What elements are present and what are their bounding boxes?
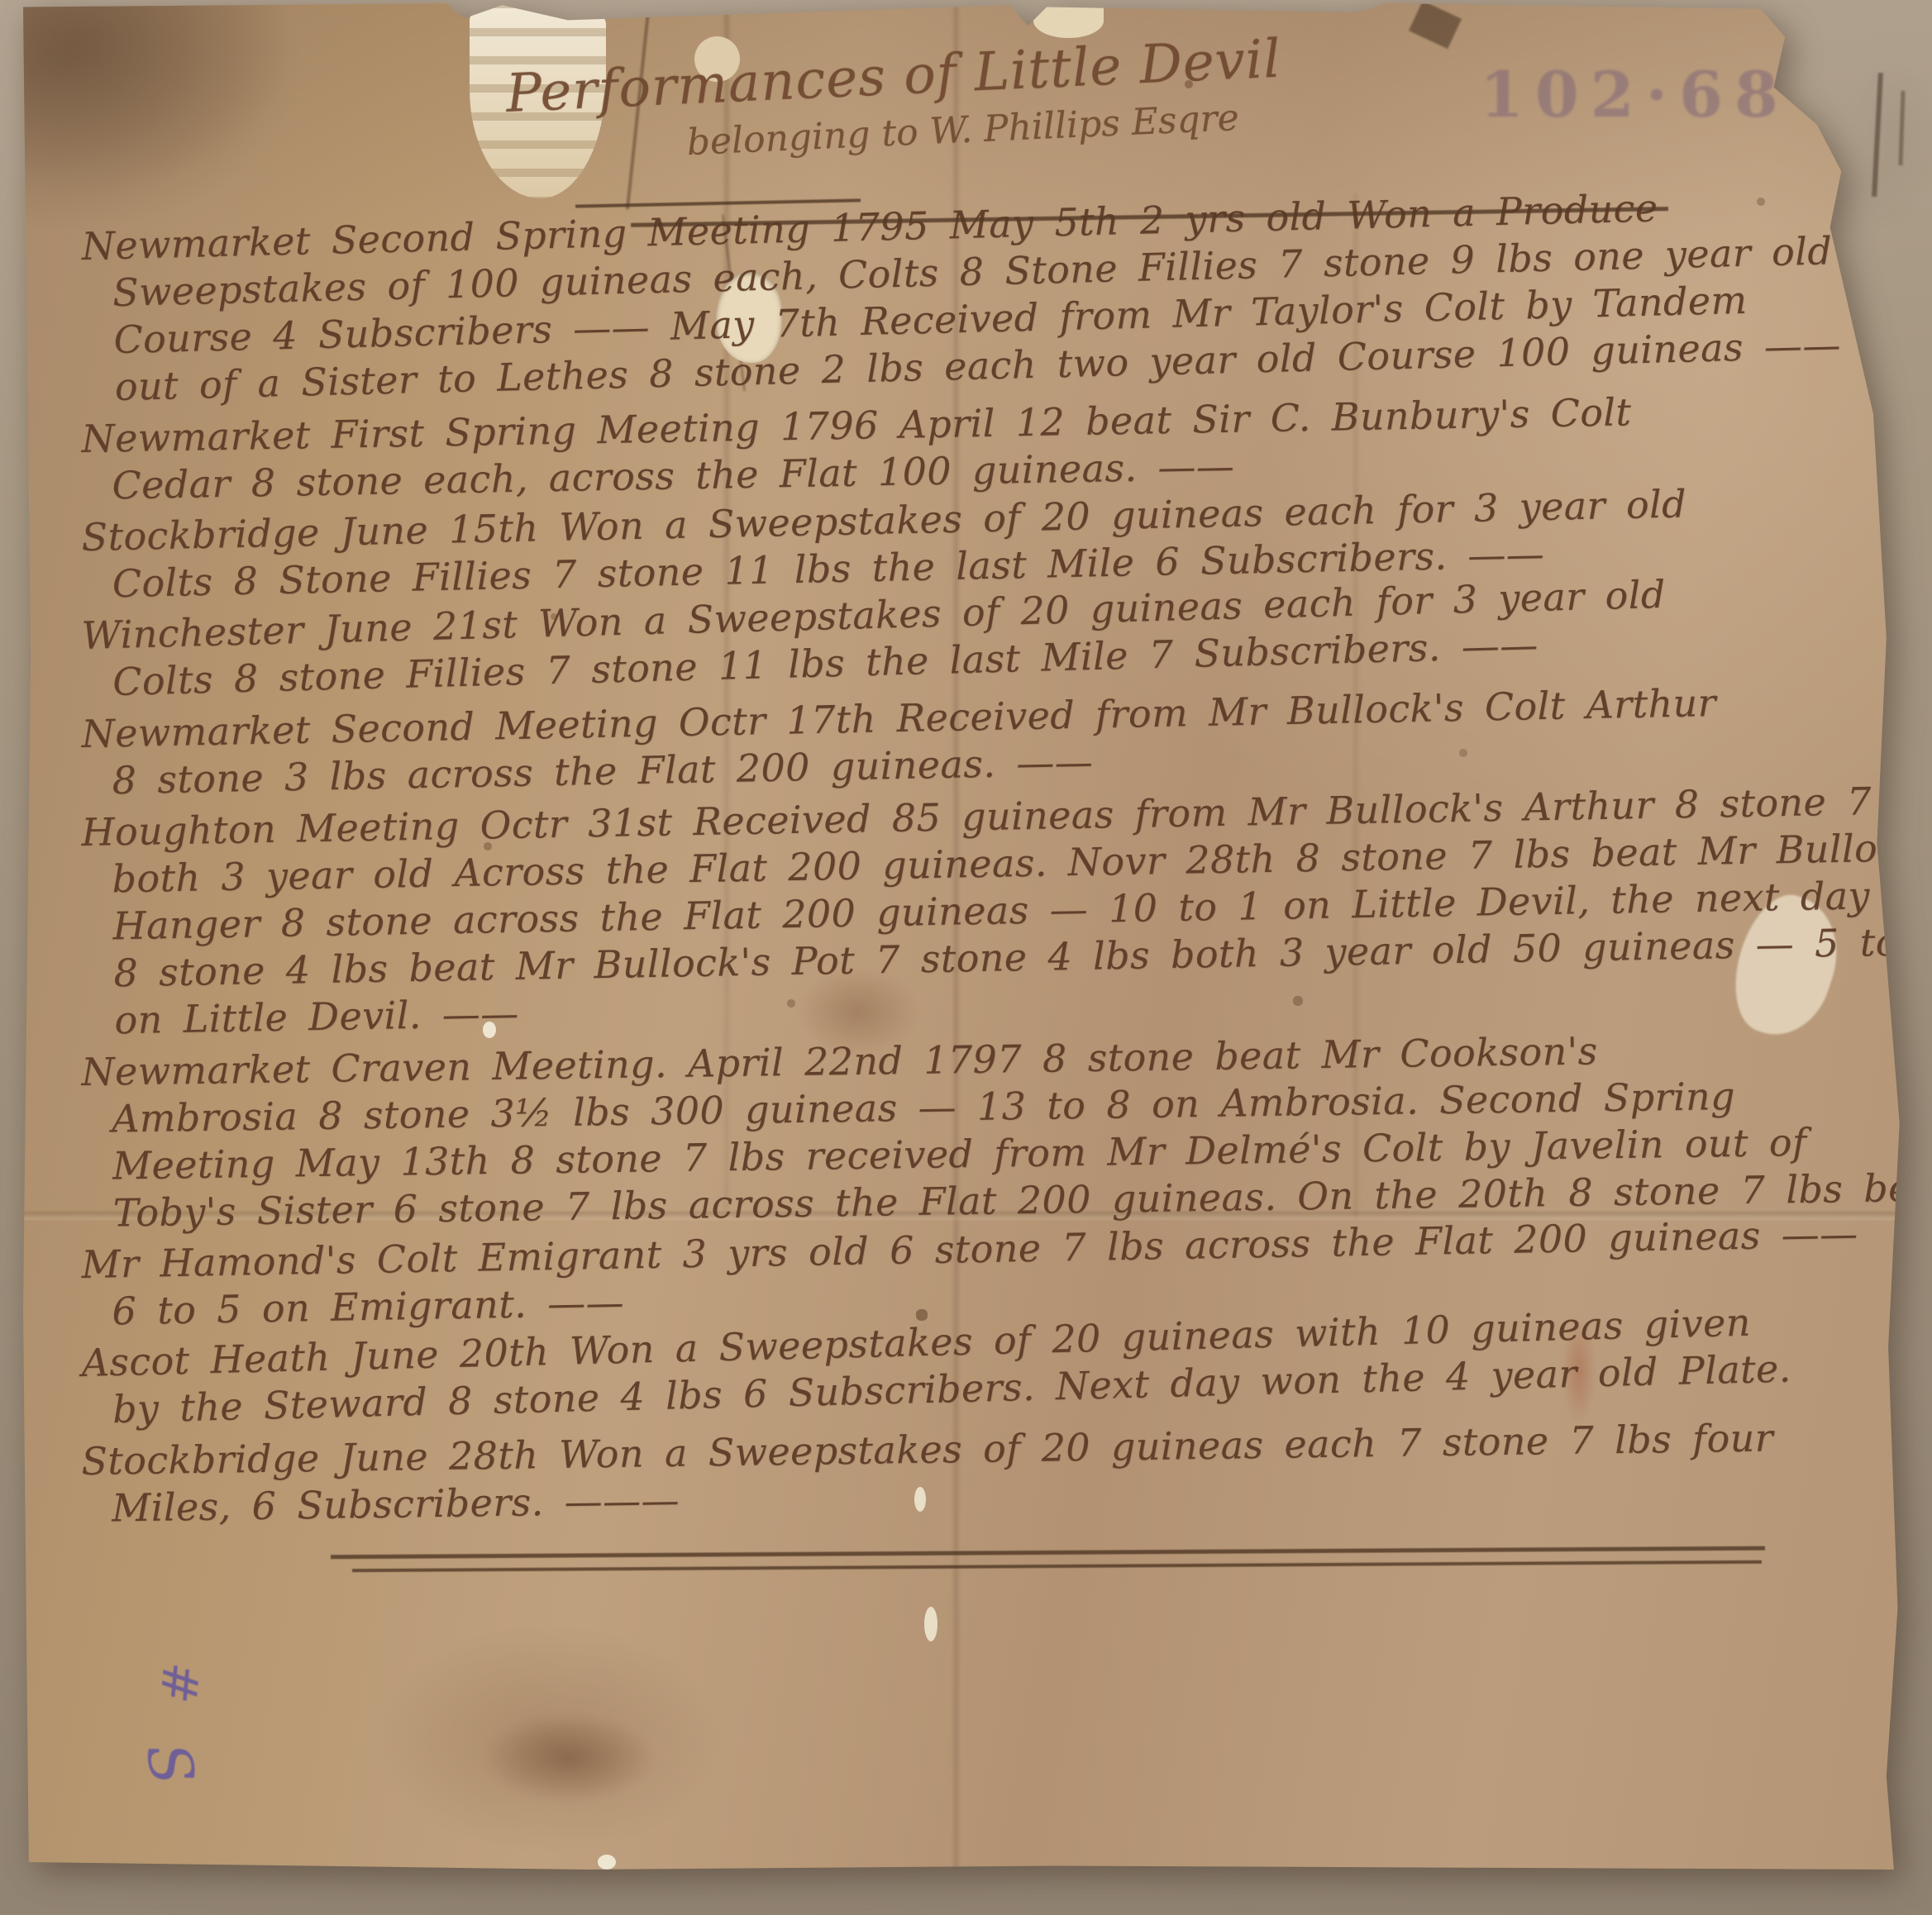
paper-stain xyxy=(449,1696,689,1820)
race-entry: Houghton Meeting Octr 31st Received 85 g… xyxy=(81,778,1896,1045)
photographed-manuscript: Performances of Little Devil belonging t… xyxy=(0,0,1932,1915)
paper-fleck xyxy=(924,1607,937,1641)
document-heading: Performances of Little Devil belonging t… xyxy=(505,29,1278,172)
manuscript-paper: Performances of Little Devil belonging t… xyxy=(23,3,1901,1870)
paper-fleck xyxy=(598,1855,616,1870)
archive-stamp-number: 102·68 xyxy=(1480,58,1790,131)
torn-patch xyxy=(1033,3,1104,38)
entries: Newmarket Second Spring Meeting 1795 May… xyxy=(81,223,1891,1536)
backing-board-mark xyxy=(1872,73,1883,197)
foxing-specks xyxy=(23,3,26,7)
torn-flap xyxy=(1409,1,1462,49)
margin-marks: #S xyxy=(122,1681,230,1832)
closing-rule-top xyxy=(331,1546,1765,1560)
closing-rule-bottom xyxy=(352,1560,1762,1572)
race-entry: Newmarket Craven Meeting. April 22nd 179… xyxy=(81,1023,1894,1237)
backing-board-mark xyxy=(1898,91,1905,165)
race-entry: Stockbridge June 28th Won a Sweepstakes … xyxy=(81,1412,1892,1532)
